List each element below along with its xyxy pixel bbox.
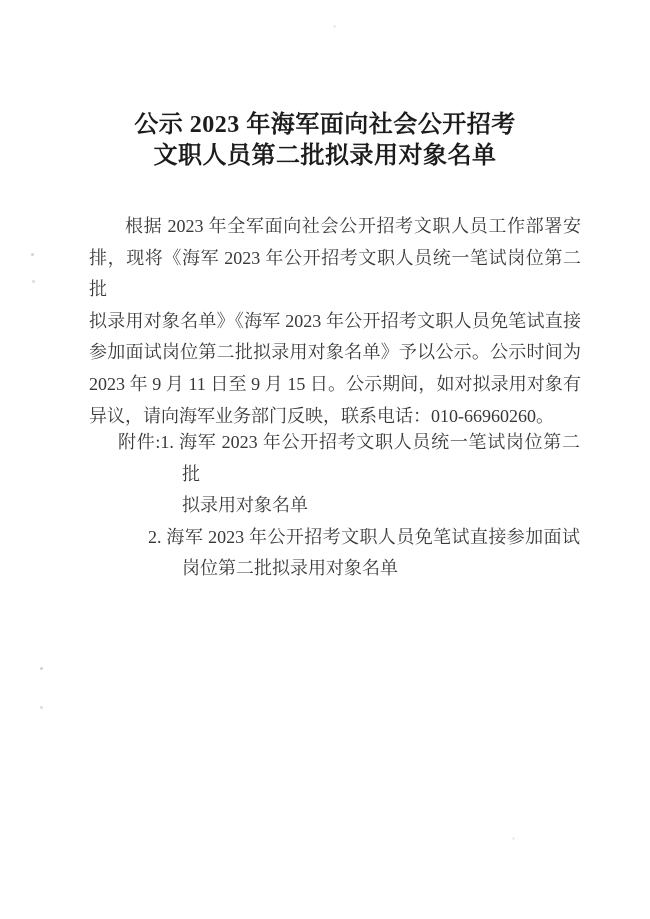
body-line: 拟录用对象名单》《海军 2023 年公开招考文职人员免笔试直接 — [89, 306, 581, 338]
scanned-document-page: 公示 2023 年海军面向社会公开招考 文职人员第二批拟录用对象名单 根据 20… — [0, 0, 650, 919]
scan-speck — [40, 706, 43, 709]
attachment-line: 拟录用对象名单 — [182, 490, 580, 522]
body-line: 参加面试岗位第二批拟录用对象名单》予以公示。公示时间为 — [89, 337, 581, 369]
attachment-line: 附件:1. 海军 2023 年公开招考文职人员统一笔试岗位第二批 — [182, 427, 580, 490]
body-line: 排，现将《海军 2023 年公开招考文职人员统一笔试岗位第二批 — [89, 243, 581, 306]
body-line: 2023 年 9 月 11 日至 9 月 15 日。公示期间，如对拟录用对象有 — [89, 369, 581, 401]
document-title-line-2: 文职人员第二批拟录用对象名单 — [0, 141, 650, 172]
document-title: 公示 2023 年海军面向社会公开招考 文职人员第二批拟录用对象名单 — [0, 110, 650, 172]
scan-speck — [40, 667, 43, 670]
scan-speck — [32, 280, 35, 283]
announcement-paragraph: 根据 2023 年全军面向社会公开招考文职人员工作部署安 排，现将《海军 202… — [89, 211, 581, 432]
document-title-line-1: 公示 2023 年海军面向社会公开招考 — [0, 110, 650, 141]
scan-speck — [512, 837, 515, 840]
scan-speck — [31, 253, 34, 256]
attachment-line: 2. 海军 2023 年公开招考文职人员免笔试直接参加面试 — [182, 522, 580, 554]
attachment-line: 岗位第二批拟录用对象名单 — [182, 553, 580, 585]
body-line: 根据 2023 年全军面向社会公开招考文职人员工作部署安 — [89, 211, 581, 243]
attachment-list: 附件:1. 海军 2023 年公开招考文职人员统一笔试岗位第二批 拟录用对象名单… — [182, 427, 580, 585]
scan-speck — [333, 25, 336, 28]
